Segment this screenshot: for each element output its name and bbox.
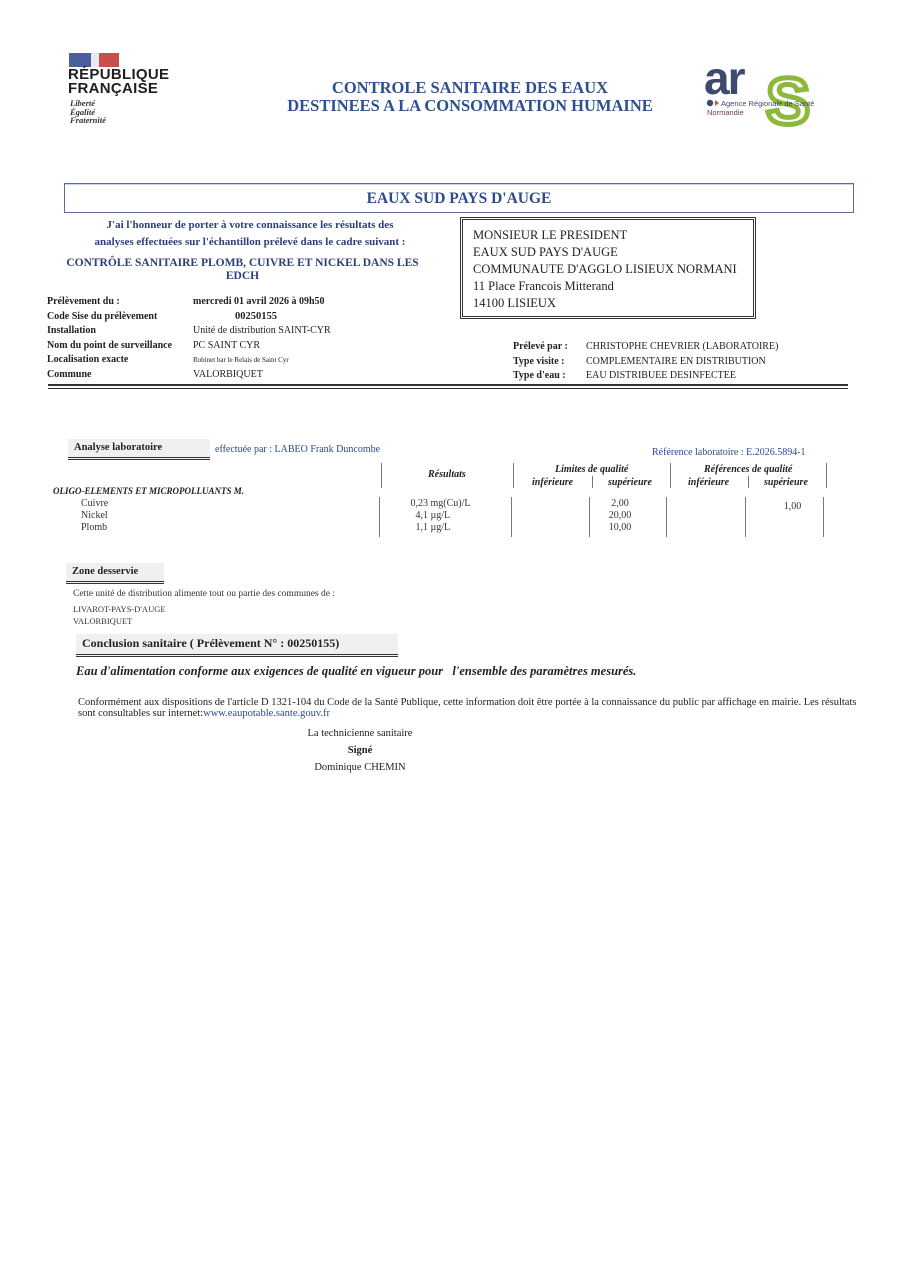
label-visit-type: Type visite : [513,355,568,370]
svg-text:S: S [766,64,810,128]
signature-status: Signé [260,742,460,759]
rf-logo-line2: FRANÇAISE [68,82,169,96]
signatory-role: La technicienne sanitaire [260,725,460,742]
header-refs-upper: supérieure [764,477,808,488]
results-website-link[interactable]: www.eaupotable.sante.gouv.fr [203,708,330,719]
sample-info-labels: Prélèvement du : Code Sise du prélèvemen… [47,295,172,382]
analysis-section-label: Analyse laboratoire [68,439,210,460]
point-value: PC SAINT CYR [193,339,331,354]
commune-item: VALORBIQUET [73,615,166,627]
republique-francaise-logo: RÉPUBLIQUE FRANÇAISE [68,68,169,96]
lab-performed-by: effectuée par : LABEO Frank Duncombe [215,444,380,455]
parameter-group: OLIGO-ELEMENTS ET MICROPOLLUANTS M. [53,486,244,496]
address-line: 11 Place Francois Mitterand [473,278,751,295]
ref-upper-value: 1,00 [765,501,820,512]
sample-info-values: mercredi 01 avril 2026 à 09h50 00250155 … [193,295,331,382]
label-sampled-by: Prélevé par : [513,340,568,355]
svg-text:ar: ar [704,56,746,104]
address-line: EAUX SUD PAYS D'AUGE [473,244,751,261]
parameter-names: Cuivre Nickel Plomb [81,498,108,534]
table-row: 1,1 µg/L [400,522,495,534]
result-value: 0,23 [400,498,428,510]
recipient-banner: EAUX SUD PAYS D'AUGE [64,183,854,213]
campaign-line2: EDCH [50,270,435,283]
header-limits: Limites de qualité [555,464,628,475]
legal-notice: Conformément aux dispositions de l'artic… [78,697,858,719]
table-row: 4,1 µg/L [400,510,495,522]
result-values: 0,23 mg(Cu)/L 4,1 µg/L 1,1 µg/L [400,498,495,534]
zone-description: Cette unité de distribution alimente tou… [73,589,335,599]
water-type-value: EAU DISTRIBUEE DESINFECTEE [586,369,778,384]
header-limits-upper: supérieure [608,477,652,488]
visit-type-value: COMPLEMENTAIRE EN DISTRIBUTION [586,355,778,370]
intro-line2: analyses effectuées sur l'échantillon pr… [50,234,450,251]
intro-line1: J'ai l'honneur de porter à votre connais… [50,217,450,234]
label-date: Prélèvement du : [47,295,172,310]
sample-code: 00250155 [193,310,331,325]
rf-motto: Liberté Égalité Fraternité [70,99,106,125]
ars-logo-icon: ar S [700,56,830,128]
republique-francaise-flag-icon [69,53,119,67]
header-references: Références de qualité [704,464,792,475]
label-code: Code Sise du prélèvement [47,310,172,325]
signature-block: La technicienne sanitaire Signé Dominiqu… [260,725,460,776]
recipient-address-box: MONSIEUR LE PRESIDENT EAUX SUD PAYS D'AU… [460,217,756,319]
address-line: 14100 LISIEUX [473,295,751,312]
header-limits-lower: inférieure [532,477,573,488]
param-plomb: Plomb [81,522,108,534]
ars-agency-label: Agence Régionale de Santé Normandie [707,99,814,117]
lab-reference: Référence laboratoire : E.2026.5894-1 [652,447,806,458]
label-point: Nom du point de surveillance [47,339,172,354]
param-nickel: Nickel [81,510,108,522]
label-installation: Installation [47,324,172,339]
motto-fraternite: Fraternité [70,116,106,125]
sample-info-right-values: CHRISTOPHE CHEVRIER (LABORATOIRE) COMPLE… [586,340,778,384]
installation-value: Unité de distribution SAINT-CYR [193,324,331,339]
zone-communes: LIVAROT-PAYS-D'AUGE VALORBIQUET [73,603,166,627]
title-line1: CONTROLE SANITAIRE DES EAUX [260,79,680,97]
label-location: Localisation exacte [47,353,172,368]
limit-upper: 2,00 [595,498,645,510]
zone-section-label: Zone desservie [66,563,164,584]
ars-region: Normandie [707,108,814,117]
legal-text: Conformément aux dispositions de l'artic… [78,697,856,719]
commune-item: LIVAROT-PAYS-D'AUGE [73,603,166,615]
header-results: Résultats [428,469,466,480]
label-water-type: Type d'eau : [513,369,568,384]
result-unit: µg/L [431,510,451,521]
commune-value: VALORBIQUET [193,368,331,383]
campaign-line1: CONTRÔLE SANITAIRE PLOMB, CUIVRE ET NICK… [50,257,435,270]
sample-info-right-labels: Prélevé par : Type visite : Type d'eau : [513,340,568,384]
location-value: Robinet bar le Relais de Saint Cyr [193,353,331,368]
sampled-by-value: CHRISTOPHE CHEVRIER (LABORATOIRE) [586,340,778,355]
result-unit: µg/L [431,522,451,533]
ars-agency-name: Agence Régionale de Santé [707,99,814,108]
address-line: COMMUNAUTE D'AGGLO LISIEUX NORMANI [473,261,751,278]
header-refs-lower: inférieure [688,477,729,488]
conclusion-text: Eau d'alimentation conforme aux exigence… [76,664,636,679]
sample-date: mercredi 01 avril 2026 à 09h50 [193,295,331,310]
limit-upper: 10,00 [595,522,645,534]
label-commune: Commune [47,368,172,383]
signatory-name: Dominique CHEMIN [260,759,460,776]
result-value: 1,1 [400,522,428,534]
conclusion-title: Conclusion sanitaire ( Prélèvement N° : … [76,634,398,657]
document-title: CONTROLE SANITAIRE DES EAUX DESTINEES A … [260,79,680,115]
limit-upper: 20,00 [595,510,645,522]
limit-upper-values: 2,00 20,00 10,00 [595,498,645,534]
intro-text: J'ai l'honneur de porter à votre connais… [50,217,450,251]
result-unit: mg(Cu)/L [431,498,471,509]
table-row: 0,23 mg(Cu)/L [400,498,495,510]
title-line2: DESTINEES A LA CONSOMMATION HUMAINE [260,97,680,115]
banner-title: EAUX SUD PAYS D'AUGE [65,190,853,208]
result-value: 4,1 [400,510,428,522]
param-cuivre: Cuivre [81,498,108,510]
campaign-title: CONTRÔLE SANITAIRE PLOMB, CUIVRE ET NICK… [50,257,435,283]
section-divider [48,384,848,389]
address-line: MONSIEUR LE PRESIDENT [473,227,751,244]
